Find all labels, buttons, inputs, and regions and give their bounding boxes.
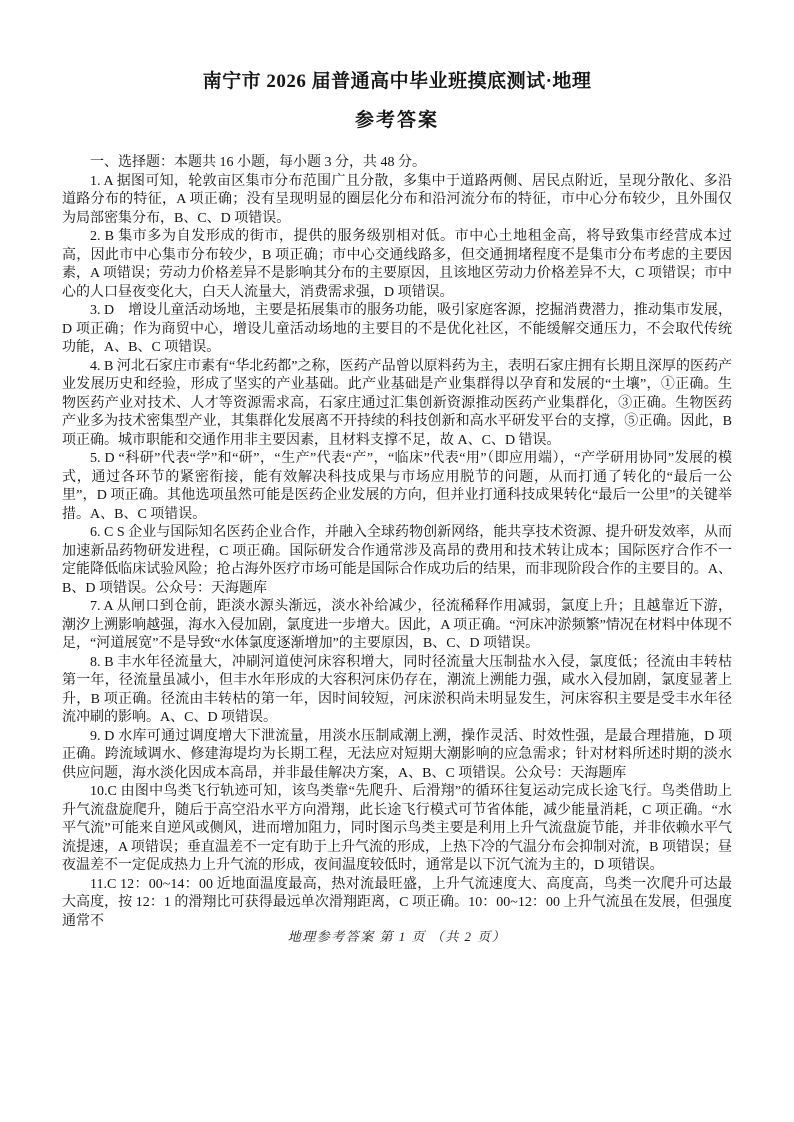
answer-item-11: 11.C 12：00~14：00 近地面温度最高，热对流最旺盛，上升气流速度大、… bbox=[62, 876, 732, 932]
answer-item-1: 1. A 据图可知，轮敦亩区集市分布范围广且分散，多集中于道路两侧、居民点附近，… bbox=[62, 173, 732, 229]
answer-item-3: 3. D 增设儿童活动场地，主要是拓展集市的服务功能，吸引家庭客源，挖掘消费潜力… bbox=[62, 302, 732, 358]
answer-item-6: 6. C S 企业与国际知名医药企业合作，并融入全球药物创新网络，能共享技术资源… bbox=[62, 524, 732, 598]
document-title: 南宁市 2026 届普通高中毕业班摸底测试·地理 bbox=[62, 70, 732, 94]
answer-item-2: 2. B 集市多为自发形成的街市，提供的服务级别相对低。市中心土地租金高，将导致… bbox=[62, 228, 732, 302]
page-footer: 地理参考答案 第 1 页 （共 2 页） bbox=[0, 926, 794, 945]
answer-item-8: 8. B 丰水年径流量大，冲刷河道使河床容积增大，同时径流量大压制盐水入侵，氯度… bbox=[62, 654, 732, 728]
document-page: 南宁市 2026 届普通高中毕业班摸底测试·地理 参考答案 一、选择题：本题共 … bbox=[0, 0, 794, 1122]
answer-item-4: 4. B 河北石家庄市素有“华北药都”之称，医药产品曾以原料药为主，表明石家庄拥… bbox=[62, 358, 732, 451]
document-subtitle: 参考答案 bbox=[62, 109, 732, 133]
answer-item-9: 9. D 水库可通过调度增大下泄流量，用淡水压制咸潮上溯，操作灵活、时效性强，是… bbox=[62, 728, 732, 784]
answer-item-7: 7. A 从闸口到仓前，距淡水源头渐远，淡水补给减少，径流稀释作用减弱，氯度上升… bbox=[62, 598, 732, 654]
section-header: 一、选择题：本题共 16 小题，每小题 3 分，共 48 分。 bbox=[62, 154, 732, 173]
answer-item-5: 5. D “科研”代表“学”和“研”，“生产”代表“产”，“临床”代表“用”（即… bbox=[62, 450, 732, 524]
answer-item-10: 10.C 由图中鸟类飞行轨迹可知，该鸟类靠“先爬升、后滑翔”的循环往复运动完成长… bbox=[62, 783, 732, 876]
answer-body: 一、选择题：本题共 16 小题，每小题 3 分，共 48 分。 1. A 据图可… bbox=[62, 154, 732, 931]
